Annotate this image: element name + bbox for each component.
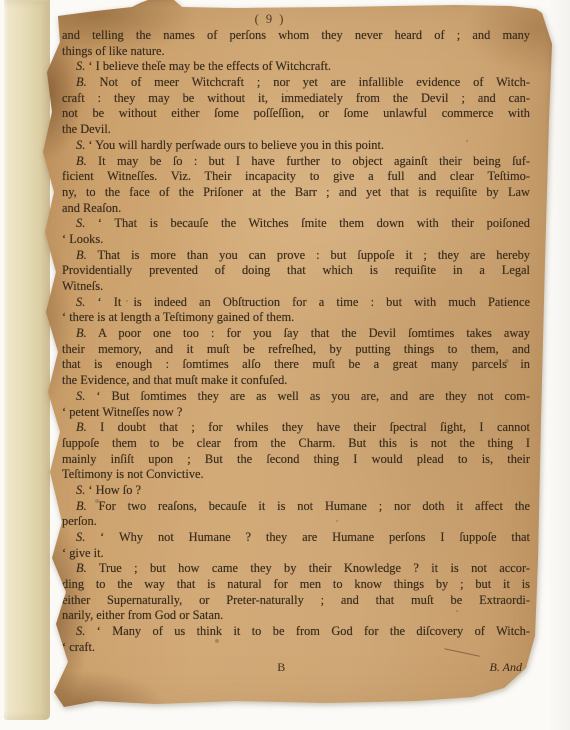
page-text: and telling the names of perſons whom th… bbox=[62, 28, 530, 656]
text-line: S. ‘ It is indeed an Obſtruction for a t… bbox=[62, 295, 530, 311]
text-line: ‘ Looks. bbox=[62, 232, 530, 248]
text-line: Teſtimony is not Convictive. bbox=[62, 467, 530, 483]
text-line: ‘ there is at length a Teſtimony gained … bbox=[62, 310, 530, 326]
speaker-label: S. bbox=[76, 530, 85, 544]
text-line: ny, to the face of the Priſoner at the B… bbox=[62, 185, 530, 201]
text-line: ‘ give it. bbox=[62, 546, 530, 562]
text-line: B. True ; but how came they by their Kno… bbox=[62, 561, 530, 577]
text-line: the Devil. bbox=[62, 122, 530, 138]
catchword: B. And bbox=[490, 660, 522, 675]
speaker-label: S. bbox=[76, 59, 85, 73]
document-scan: ( 9 ) and telling the names of perſons w… bbox=[0, 0, 570, 730]
text-line: not be without either ſome poſſeſſion, o… bbox=[62, 106, 530, 122]
text-line: B. For two reaſons, becauſe it is not Hu… bbox=[62, 499, 530, 515]
text-line: narily, either from God or Satan. bbox=[62, 608, 530, 624]
text-line: craft : they may be without it, immediat… bbox=[62, 91, 530, 107]
text-line: mainly inſiſt upon ; But the ſecond thin… bbox=[62, 452, 530, 468]
text-line: that is enough : ſomtimes alſo there muſ… bbox=[62, 357, 530, 373]
text-line: B. A poor one too : for you ſay that the… bbox=[62, 326, 530, 342]
speaker-label: B. bbox=[76, 75, 87, 89]
text-line: B. That is more than you can prove : but… bbox=[62, 248, 530, 264]
speaker-label: B. bbox=[76, 326, 87, 340]
text-line: S. ‘ I believe theſe may be the effects … bbox=[62, 59, 530, 75]
page-footer: B B. And bbox=[62, 660, 530, 676]
page-number: ( 9 ) bbox=[36, 12, 504, 27]
text-line: and telling the names of perſons whom th… bbox=[62, 28, 530, 44]
text-line: perſon. bbox=[62, 514, 530, 530]
speaker-label: S. bbox=[76, 138, 85, 152]
speaker-label: B. bbox=[76, 420, 87, 434]
speaker-label: S. bbox=[76, 295, 85, 309]
signature-mark: B bbox=[277, 660, 285, 675]
text-line: and Reaſon. bbox=[62, 201, 530, 217]
page-leaf: ( 9 ) and telling the names of perſons w… bbox=[36, 0, 552, 716]
text-line: S. ‘ But ſomtimes they are as well as yo… bbox=[62, 389, 530, 405]
speaker-label: B. bbox=[76, 154, 87, 168]
text-line: B. I doubt that ; for whiles they have t… bbox=[62, 420, 530, 436]
text-line: S. ‘ Why not Humane ? they are Humane pe… bbox=[62, 530, 530, 546]
text-line: their memory, and it muſt be refreſhed, … bbox=[62, 342, 530, 358]
text-line: S. ‘ Many of us think it to be from God … bbox=[62, 624, 530, 640]
speaker-label: B. bbox=[76, 561, 87, 575]
text-line: things of like nature. bbox=[62, 44, 530, 60]
speaker-label: S. bbox=[76, 624, 85, 638]
page-leaf-wrapper: ( 9 ) and telling the names of perſons w… bbox=[36, 0, 552, 716]
speaker-label: S. bbox=[76, 483, 85, 497]
text-line: Providentially prevented of doing that w… bbox=[62, 263, 530, 279]
text-line: the Evidence, and that muſt make it conf… bbox=[62, 373, 530, 389]
text-line: S. ‘ How ſo ? bbox=[62, 483, 530, 499]
speaker-label: B. bbox=[76, 248, 87, 262]
text-line: ficient Witneſſes. Viz. Their incapacity… bbox=[62, 169, 530, 185]
speaker-label: B. bbox=[76, 499, 87, 513]
text-line: ‘ petent Witneſſes now ? bbox=[62, 405, 530, 421]
text-line: ‘ craft. bbox=[62, 640, 530, 656]
text-line: S. ‘ You will hardly perſwade ours to be… bbox=[62, 138, 530, 154]
speaker-label: S. bbox=[76, 216, 85, 230]
text-line: S. ‘ That is becauſe the Witches ſmite t… bbox=[62, 216, 530, 232]
speaker-label: S. bbox=[76, 389, 85, 403]
paper-specks bbox=[36, 0, 38, 2]
text-line: ſuppoſe them to be clear from the Charm.… bbox=[62, 436, 530, 452]
text-line: either Supernaturally, or Preter-natural… bbox=[62, 593, 530, 609]
text-line: B. It may be ſo : but I have further to … bbox=[62, 154, 530, 170]
text-line: Witneſs. bbox=[62, 279, 530, 295]
text-line: ding to the way that is natural for men … bbox=[62, 577, 530, 593]
text-line: B. Not of meer Witchcraft ; nor yet are … bbox=[62, 75, 530, 91]
